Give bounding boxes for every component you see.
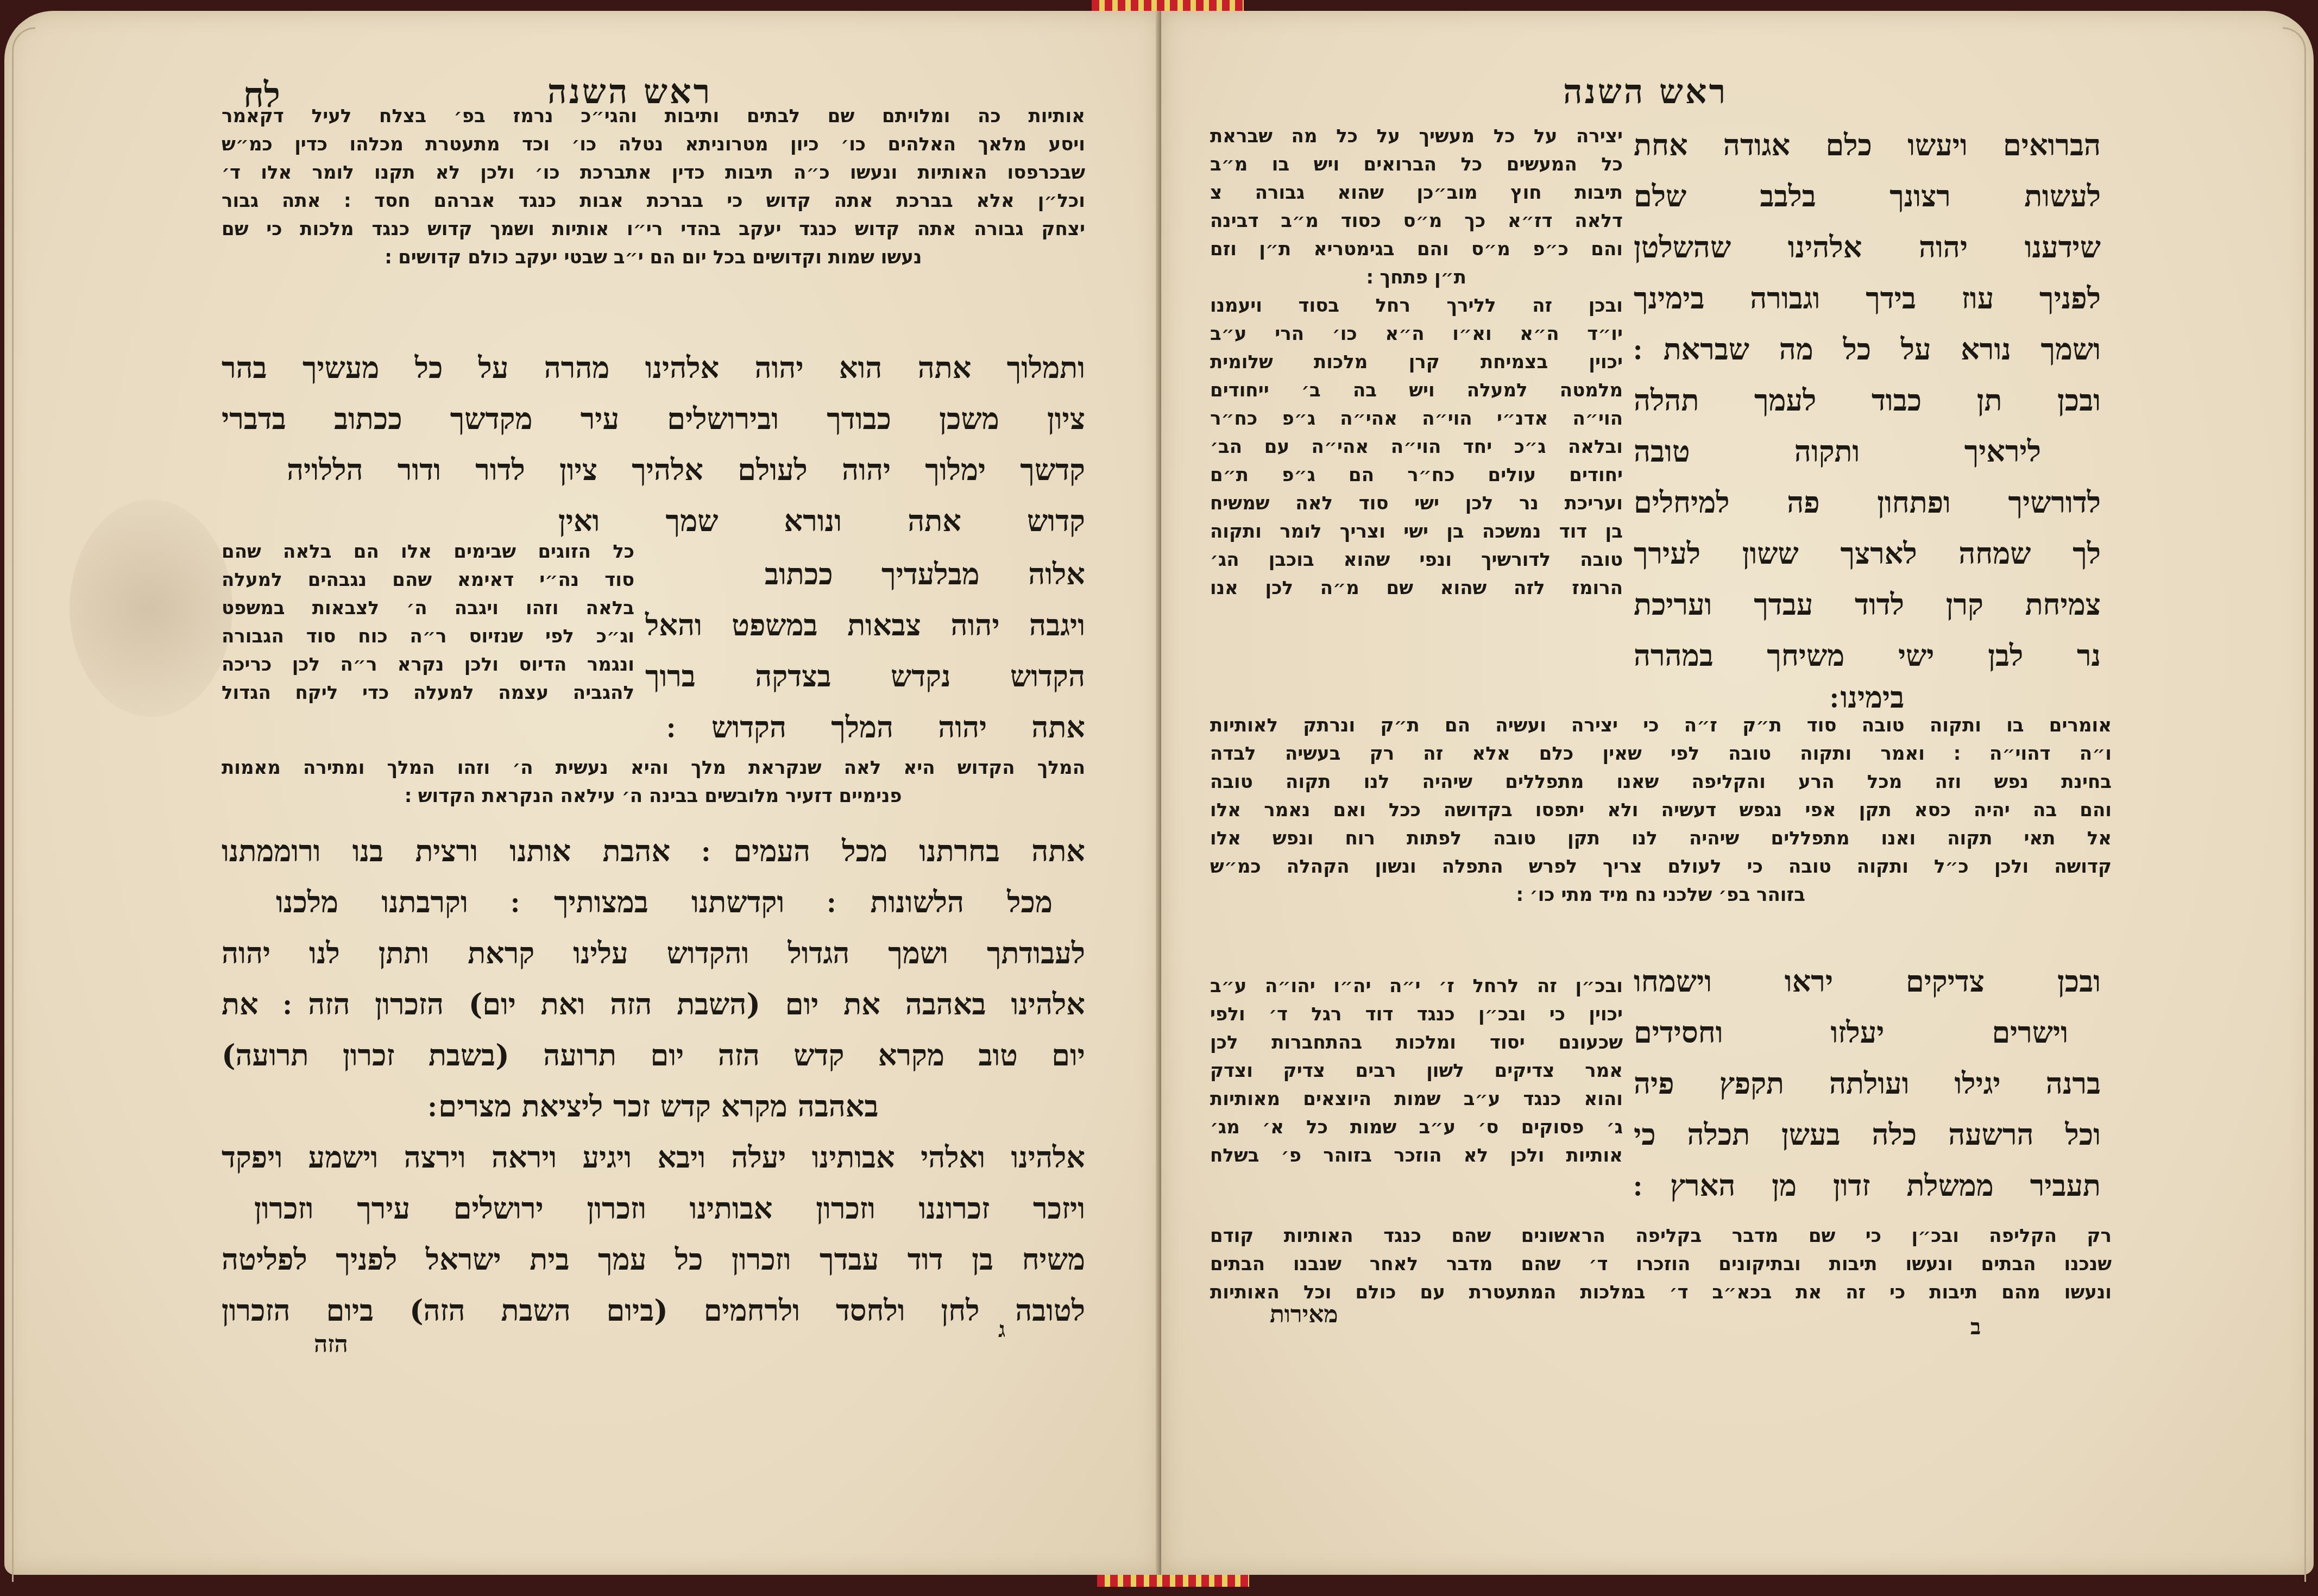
main-text-line: ציון משכן כבודך ובירושלים עיר מקדשך ככתו… — [222, 393, 1085, 444]
commentary-line: פנימיים דזעיר מלובשים בבינה ה׳ עילאה הנק… — [222, 782, 1085, 810]
commentary-line: טובה לדורשיך ונפי שהוא בוכבן הג׳ — [1210, 546, 1623, 574]
commentary-line: והם כ״פ מ״ס והם בגימטריא ת״ן וזם — [1210, 235, 1623, 263]
main-text-line: יום טוב מקרא קדש הזה יום תרועה (בשבת זכר… — [222, 1030, 1085, 1081]
left-page: לח ראש השנה אותיות כה ומלויתם שם לבתים ו… — [4, 11, 1161, 1575]
main-text-line: משיח בן דוד עבדך וזכרון כל עמך בית ישראל… — [222, 1234, 1085, 1285]
commentary-line: הוי״ה אדנ״י הוי״ה אהי״ה ג״פ כח״ר — [1210, 405, 1623, 433]
main-text-line: צמיחת קרן לדוד עבדך ועריכת — [1634, 579, 2101, 630]
commentary-line: כל הזוגים שבימים אלו הם בלאה שהם — [222, 538, 634, 566]
commentary-line: בחינת נפש וזה מכל הרע והקליפה שאנו מתפלל… — [1210, 768, 2112, 796]
side-commentary: יצירה על כל מעשיך על כל מה שבראת כל המעש… — [1210, 122, 1623, 602]
commentary-line: ו״ה דהוי״ה ׃ ואמר ותקוה טובה לפי שאין כל… — [1210, 740, 2112, 768]
main-text-line: אלוה מבלעדיך ככתוב — [645, 548, 1085, 600]
commentary-line: יצחק גבורה אתה קדוש כנגד יעקב בהדי רי״ו … — [222, 215, 1085, 243]
commentary-line: בזוהר בפ׳ שלכני נח מיד מתי כו׳ ׃ — [1210, 881, 2112, 909]
commentary-line: בלאה וזהו ויגבה ה׳ לצבאות במשפט — [222, 594, 634, 622]
main-text-line: תעביר ממשלת זדון מן הארץ ׃ — [1634, 1160, 2101, 1211]
page-edge-lines — [12, 27, 35, 1582]
commentary-line: נעשו שמות וקדושים בכל יום הם י״ב שבטי יע… — [222, 243, 1085, 272]
commentary-line: ונעשו מהם תיבות כי זה את בכא״ב ד׳ במלכות… — [1210, 1278, 2112, 1307]
commentary-line: כל המעשים כל הברואים ויש בו מ״ב — [1210, 150, 1623, 179]
main-text-line: לעשות רצונך בלבב שלם — [1634, 171, 2101, 222]
main-text-line: אלהינו ואלהי אבותינו יעלה ויבא ויגיע ויר… — [222, 1132, 1085, 1183]
commentary-line: וג״כ לפי שנזיוס ר״ה כוח סוד הגבורה — [222, 622, 634, 651]
commentary-line: מלמטה למעלה ויש בה ב׳ ייחודים — [1210, 376, 1623, 405]
main-text-line: ובכן תן כבוד לעמך תהלה — [1634, 375, 2101, 426]
commentary-line: וכל״ן אלא בברכת אתה קדוש כי בברכת אבות כ… — [222, 187, 1085, 215]
main-text-line: ותמלוך אתה הוא יהוה אלהינו מהרה על כל מע… — [222, 342, 1085, 393]
main-text-line: קדשך ימלוך יהוה לעולם אלהיך ציון לדור וד… — [222, 444, 1085, 495]
commentary-line: סוד נה״י דאימא שהם נגבהים למעלה — [222, 566, 634, 594]
side-commentary: כל הזוגים שבימים אלו הם בלאה שהם סוד נה״… — [222, 538, 634, 707]
main-text-line: הברואים ויעשו כלם אגודה אחת — [1634, 119, 2101, 171]
commentary-line: אומרים בו ותקוה טובה סוד ת״ק ז״ה כי יציר… — [1210, 711, 2112, 740]
commentary-line: שכעונם יסוד ומלכות בהתחברות לכן — [1210, 1029, 1623, 1057]
commentary-line: אותיות ולכן לא הוזכר בזוהר פ׳ בשלח — [1210, 1141, 1623, 1170]
signature-mark: ג — [998, 1317, 1005, 1342]
commentary-line: ונגמר הדיוס ולכן נקרא ר״ה לכן כריכה — [222, 651, 634, 679]
main-text-line: לעבודתך ושמך הגדול והקדוש עלינו קראת ותת… — [222, 928, 1085, 979]
main-text-line: לדורשיך ופתחון פה למיחלים — [1634, 477, 2101, 528]
mid-commentary: המלך הקדוש היא לאה שנקראת מלך והיא נעשית… — [222, 754, 1085, 810]
commentary-line: בן דוד נמשכה בן ישי וצריך לומר ותקוה — [1210, 518, 1623, 546]
catchword: הזה — [314, 1330, 348, 1358]
main-text-line: ובכן צדיקים יראו וישמחו — [1634, 956, 2101, 1007]
main-text-line: לך שמחה לארצך ששון לעירך — [1634, 528, 2101, 579]
main-text-line: הקדוש נקדש בצדקה ברוך — [645, 651, 1085, 702]
main-text-line: אתה יהוה המלך הקדוש ׃ — [645, 702, 1085, 753]
main-text-line: לטובה לחן ולחסד ולרחמים (ביום השבת הזה) … — [222, 1285, 1085, 1336]
main-text-line: ברנה יגילו ועולתה תקפץ פיה — [1634, 1058, 2101, 1109]
main-text-line: ויגבה יהוה צבאות במשפט והאל — [645, 600, 1085, 651]
commentary-line: ת״ן פתחך ׃ — [1210, 263, 1623, 292]
commentary-line: ובלאה ג״כ יחד הוי״ה אהי״ה עם הב׳ — [1210, 433, 1623, 461]
main-text-line: וישרים יעלזו וחסידים — [1634, 1007, 2101, 1058]
main-text-top: ותמלוך אתה הוא יהוה אלהינו מהרה על כל מע… — [222, 342, 1085, 546]
commentary-line: יו״ד ה״א וא״ו ה״א כו׳ הרי ע״ב — [1210, 320, 1623, 348]
commentary-line: יכוין כי ובכ״ן כנגד דוד רגל ד׳ ולפי — [1210, 1000, 1623, 1029]
commentary-line: להגביה עצמה למעלה כדי ליקח הגדול — [222, 679, 634, 707]
paper-stain — [70, 500, 232, 717]
commentary-line: ובכ״ן זה לרחל ז׳ י״ה יה״ו יהו״ה ע״ב — [1210, 972, 1623, 1000]
top-commentary: אותיות כה ומלויתם שם לבתים ותיבות והגי״כ… — [222, 102, 1085, 272]
main-text-column: אלוה מבלעדיך ככתוב ויגבה יהוה צבאות במשפ… — [645, 548, 1085, 753]
main-text-column: הברואים ויעשו כלם אגודה אחת לעשות רצונך … — [1634, 119, 2101, 714]
side-commentary-2: ובכ״ן זה לרחל ז׳ י״ה יה״ו יהו״ה ע״ב יכוי… — [1210, 972, 1623, 1170]
main-text-line: אתה בחרתנו מכל העמים ׃ אהבת אותנו ורצית … — [222, 825, 1085, 876]
commentary-line: אמר צדיקים לשון רבים צדיק וצדק — [1210, 1057, 1623, 1085]
main-text-line: מכל הלשונות ׃ וקדשתנו במצותיך ׃ וקרבתנו … — [222, 876, 1085, 928]
main-text-line: שידענו יהוה אלהינו שהשלטן — [1634, 222, 2101, 273]
main-text-line: ושמך נורא על כל מה שבראת ׃ — [1634, 324, 2101, 375]
commentary-line: תיבות חוץ מוב״כן שהוא גבורה צ — [1210, 179, 1623, 207]
headband-bottom — [1097, 1575, 1249, 1587]
catchword: מאירות — [1270, 1301, 1338, 1328]
commentary-line: הרומז לזה שהוא שם מ״ה לכן אנו — [1210, 574, 1623, 602]
bottom-commentary: רק הקליפה ובכ״ן כי שם מדבר בקליפה הראשונ… — [1210, 1222, 2112, 1307]
commentary-line: יחודים עולים כח״ר הם ג״פ ת״ם — [1210, 461, 1623, 489]
commentary-line: יצירה על כל מעשיך על כל מה שבראת — [1210, 122, 1623, 150]
commentary-line: קדושה ולכן כ״ל ותקוה טובה כי לעולם צריך … — [1210, 853, 2112, 881]
commentary-line: והוא כנגד ע״ב שמות היוצאים מאותיות — [1210, 1085, 1623, 1113]
main-text-line: בימינו ׃ — [1634, 681, 2101, 714]
commentary-line: ויסע מלאך האלהים כו׳ כיון מטרוניתא נטלה … — [222, 130, 1085, 159]
main-text-column-2: ובכן צדיקים יראו וישמחו וישרים יעלזו וחס… — [1634, 956, 2101, 1211]
page-edge-lines — [2283, 27, 2306, 1582]
main-text-line: ליראיך ותקוה טובה — [1634, 426, 2101, 477]
commentary-line: ועריכת נר לכן ישי סוד לאה שמשיח — [1210, 489, 1623, 518]
mid-commentary: אומרים בו ותקוה טובה סוד ת״ק ז״ה כי יציר… — [1210, 711, 2112, 909]
commentary-line: דלאה דז״א כך מ״ס כסוד מ״ב דבינה — [1210, 207, 1623, 235]
commentary-line: ובכן זה ללירך רחל בסוד ויעמנו — [1210, 292, 1623, 320]
right-page: ראש השנה הברואים ויעשו כלם אגודה אחת לעש… — [1161, 11, 2314, 1575]
main-text-line: אלהינו באהבה את יום (השבת הזה ואת יום) ה… — [222, 979, 1085, 1030]
signature-mark: ב — [1970, 1314, 1981, 1340]
commentary-line: אל תאי תקוה ואנו מתפללים שיהיה לנו תקן ט… — [1210, 824, 2112, 853]
commentary-line: יכוין בצמיחת קרן מלכות שלומית — [1210, 348, 1623, 376]
running-head: ראש השנה — [1563, 72, 1728, 112]
commentary-line: רק הקליפה ובכ״ן כי שם מדבר בקליפה הראשונ… — [1210, 1222, 2112, 1250]
main-text-line: נר לבן ישי משיחך במהרה — [1634, 630, 2101, 681]
commentary-line: המלך הקדוש היא לאה שנקראת מלך והיא נעשית… — [222, 754, 1085, 782]
main-text-line: באהבה מקרא קדש זכר ליציאת מצרים ׃ — [222, 1081, 1085, 1132]
main-text-line: לפניך עוז בידך וגבורה בימינך — [1634, 273, 2101, 324]
main-text-line: וכל הרשעה כלה בעשן תכלה כי — [1634, 1109, 2101, 1160]
main-text-bottom: אתה בחרתנו מכל העמים ׃ אהבת אותנו ורצית … — [222, 825, 1085, 1336]
commentary-line: שנכנו הבתים ונעשו תיבות ובתיקונים הוזכרו… — [1210, 1250, 2112, 1278]
commentary-line: שבכרפסו האותיות ונעשו כ״ה תיבות כדין אתב… — [222, 159, 1085, 187]
commentary-line: והם בה יהיה כסא תקן אפי נגפש דעשיה ולא י… — [1210, 796, 2112, 824]
commentary-line: ג׳ פסוקים ס׳ ע״ב שמות כל א׳ מג׳ — [1210, 1113, 1623, 1141]
main-text-line: ויזכר זכרוננו וזכרון אבותינו וזכרון ירוש… — [222, 1183, 1085, 1234]
commentary-line: אותיות כה ומלויתם שם לבתים ותיבות והגי״כ… — [222, 102, 1085, 130]
